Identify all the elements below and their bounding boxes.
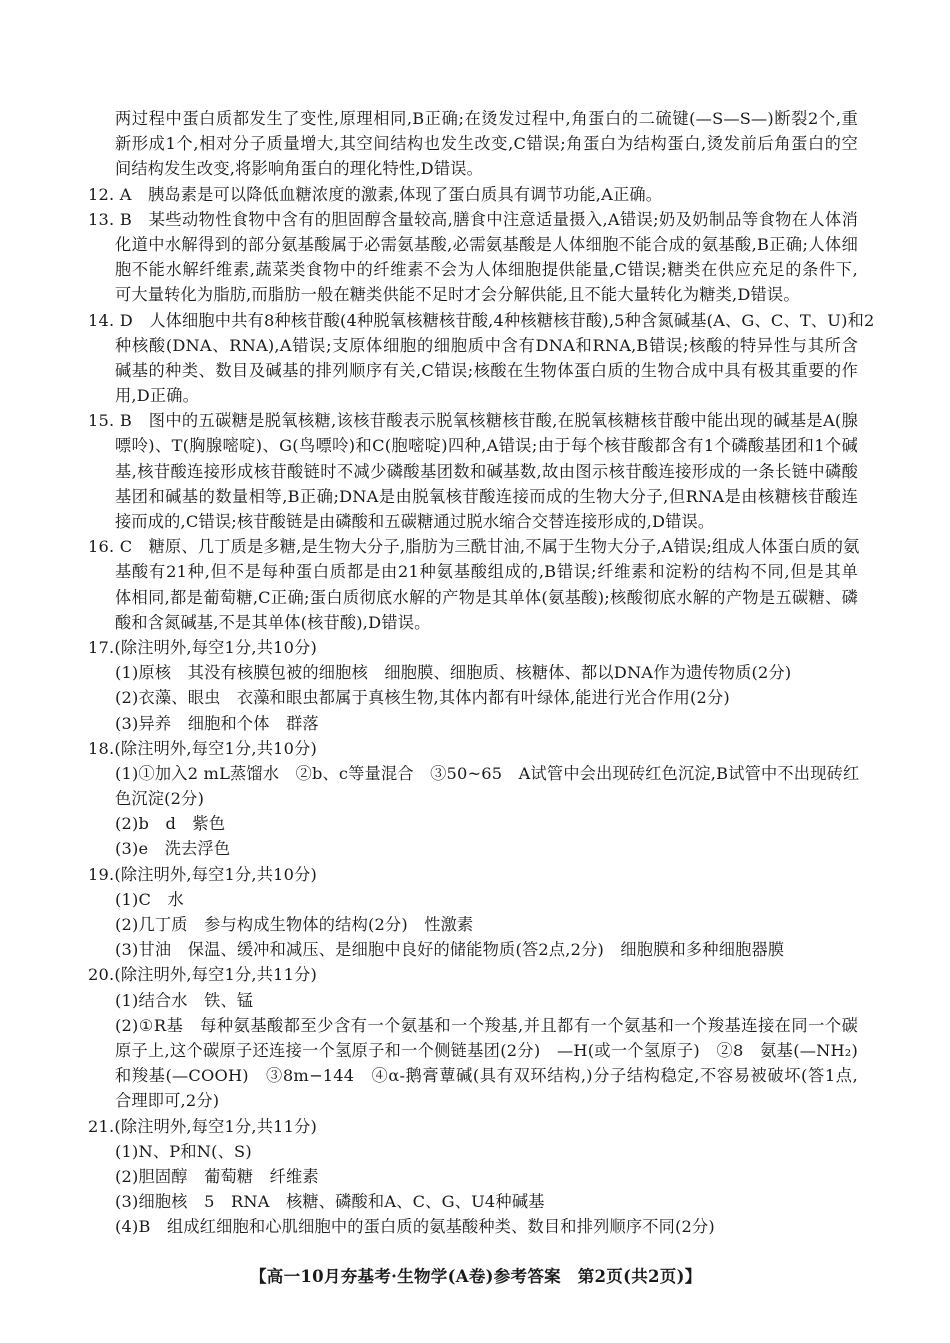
text-line: 嘌呤)、T(胸腺嘧啶)、G(鸟嘌呤)和C(胞嘧啶)四种,A错误;由于每个核苷酸都… — [88, 433, 858, 458]
text-line: 原子上,这个碳原子还连接一个氢原子和一个侧链基团(2分) —H(或一个氢原子) … — [88, 1038, 858, 1063]
text-line: 酸和含氮碱基,不是其单体(核苷酸),D错误。 — [88, 610, 858, 635]
text-line: 接而成的,C错误;核苷酸链是由磷酸和五碳糖通过脱水缩合交替连接形成的,D错误。 — [88, 509, 858, 534]
text-line: (3)e 洗去浮色 — [88, 836, 858, 861]
text-line: (1)C 水 — [88, 887, 858, 912]
text-line: 新形成1个,相对分子质量增大,其空间结构也发生改变,C错误;角蛋白为结构蛋白,烫… — [88, 131, 858, 156]
text-line: 用,D正确。 — [88, 383, 858, 408]
text-line: 体相同,都是葡萄糖,C正确;蛋白质彻底水解的产物是其单体(氨基酸);核酸彻底水解… — [88, 585, 858, 610]
text-line: (4)B 组成红细胞和心肌细胞中的蛋白质的氨基酸种类、数目和排列顺序不同(2分) — [88, 1214, 858, 1239]
text-line: 16. C 糖原、几丁质是多糖,是生物大分子,脂肪为三酰甘油,不属于生物大分子,… — [88, 534, 858, 559]
text-line: 间结构发生改变,将影响角蛋白的理化特性,D错误。 — [88, 156, 858, 181]
text-line: 化道中水解得到的部分氨基酸属于必需氨基酸,必需氨基酸是人体细胞不能合成的氨基酸,… — [88, 232, 858, 257]
text-line: (2)胆固醇 葡萄糖 纤维素 — [88, 1164, 858, 1189]
text-line: 14. D 人体细胞中共有8种核苷酸(4种脱氧核糖核苷酸,4种核糖核苷酸),5种… — [88, 308, 858, 333]
text-line: 基酸有21种,但不是每种蛋白质都是由21种氨基酸组成的,B错误;纤维素和淀粉的结… — [88, 559, 858, 584]
answer-key-body: 两过程中蛋白质都发生了变性,原理相同,B正确;在烫发过程中,角蛋白的二硫键(—S… — [88, 106, 858, 1239]
text-line: 合理即可,2分) — [88, 1088, 858, 1113]
text-line: (1)N、P和N(、S) — [88, 1139, 858, 1164]
text-line: (1)结合水 铁、锰 — [88, 988, 858, 1013]
text-line: (3)甘油 保温、缓冲和减压、是细胞中良好的储能物质(答2点,2分) 细胞膜和多… — [88, 937, 858, 962]
text-line: (2)几丁质 参与构成生物体的结构(2分) 性激素 — [88, 912, 858, 937]
text-line: 两过程中蛋白质都发生了变性,原理相同,B正确;在烫发过程中,角蛋白的二硫键(—S… — [88, 106, 858, 131]
text-line: 胞不能水解纤维素,蔬菜类食物中的纤维素不会为人体细胞提供能量,C错误;糖类在供应… — [88, 257, 858, 282]
text-line: 色沉淀(2分) — [88, 786, 858, 811]
text-line: 18.(除注明外,每空1分,共10分) — [88, 736, 858, 761]
text-line: 15. B 图中的五碳糖是脱氧核糖,该核苷酸表示脱氧核糖核苷酸,在脱氧核糖核苷酸… — [88, 408, 858, 433]
text-line: (1)原核 其没有核膜包被的细胞核 细胞膜、细胞质、核糖体、都以DNA作为遗传物… — [88, 660, 858, 685]
text-line: 21.(除注明外,每空1分,共11分) — [88, 1114, 858, 1139]
text-line: 20.(除注明外,每空1分,共11分) — [88, 962, 858, 987]
text-line: 碱基的种类、数目及碱基的排列顺序有关,C错误;核酸在生物体蛋白质的生物合成中具有… — [88, 358, 858, 383]
text-line: 12. A 胰岛素是可以降低血糖浓度的激素,体现了蛋白质具有调节功能,A正确。 — [88, 182, 858, 207]
page-footer: 【高一10月夯基考·生物学(A卷)参考答案 第2页(共2页)】 — [250, 1263, 700, 1287]
text-line: (2)b d 紫色 — [88, 811, 858, 836]
text-line: 基团和碱基的数量相等,B正确;DNA是由脱氧核苷酸连接而成的生物大分子,但RNA… — [88, 484, 858, 509]
text-line: (3)细胞核 5 RNA 核糖、磷酸和A、C、G、U4种碱基 — [88, 1189, 858, 1214]
text-line: (1)①加入2 mL蒸馏水 ②b、c等量混合 ③50~65 A试管中会出现砖红色… — [88, 761, 858, 786]
text-line: (3)异养 细胞和个体 群落 — [88, 711, 858, 736]
text-line: (2)衣藻、眼虫 衣藻和眼虫都属于真核生物,其体内都有叶绿体,能进行光合作用(2… — [88, 685, 858, 710]
text-line: 可大量转化为脂肪,而脂肪一般在糖类供能不足时才会分解供能,且不能大量转化为糖类,… — [88, 282, 858, 307]
text-line: (2)①R基 每种氨基酸都至少含有一个氨基和一个羧基,并且都有一个氨基和一个羧基… — [88, 1013, 858, 1038]
text-line: 基,核苷酸连接形成核苷酸链时不减少磷酸基团数和碱基数,故由图示核苷酸连接形成的一… — [88, 459, 858, 484]
text-line: 17.(除注明外,每空1分,共10分) — [88, 635, 858, 660]
text-line: 和羧基(—COOH) ③8m−144 ④α-鹅膏蕈碱(具有双环结构,)分子结构稳… — [88, 1063, 858, 1088]
text-line: 种核酸(DNA、RNA),A错误;支原体细胞的细胞质中含有DNA和RNA,B错误… — [88, 333, 858, 358]
text-line: 13. B 某些动物性食物中含有的胆固醇含量较高,膳食中注意适量摄入,A错误;奶… — [88, 207, 858, 232]
text-line: 19.(除注明外,每空1分,共10分) — [88, 862, 858, 887]
